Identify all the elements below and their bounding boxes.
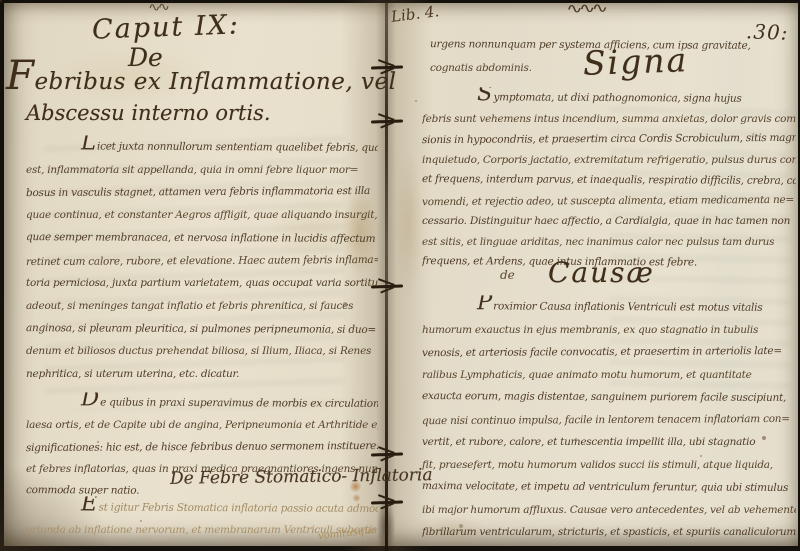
signa-heading: Signa bbox=[582, 40, 689, 83]
manuscript-line: quae continua, et constanter Aegros affl… bbox=[26, 204, 378, 227]
manuscript-line: denum et biliosos ductus prehendat bilio… bbox=[26, 340, 378, 363]
manuscript-line: humorum exauctus in ejus membranis, ex q… bbox=[422, 319, 796, 342]
page-number: .30: bbox=[746, 19, 789, 44]
manuscript-line: laesa ortis, et de Capite ubi de angina,… bbox=[26, 415, 378, 437]
section-heading-de-febre: De Febre Stomatico- Inflatoria bbox=[170, 465, 433, 489]
manuscript-line: maxima velocitate, et impetu ad ventricu… bbox=[422, 475, 796, 499]
manuscript-line: adeout, si meninges tangat inflatio et f… bbox=[26, 295, 378, 318]
manuscript-line: toria perniciosa, juxta partium varietat… bbox=[26, 272, 378, 295]
manuscript-line: bosus in vasculis stagnet, attamen vera … bbox=[26, 180, 378, 205]
manuscript-line: vertit, et rubore, calore, et tumescenti… bbox=[422, 431, 796, 454]
manuscript-line: anginosa, si pleuram pleuritica, si pulm… bbox=[26, 317, 378, 342]
causae-heading: Causæ bbox=[548, 256, 655, 289]
manuscript-line: vomendi, et rejectio adeo, ut suscepta a… bbox=[422, 189, 796, 212]
ink-specks bbox=[0, 0, 2, 2]
pen-flourish-icon: ∿∿∿ bbox=[566, 0, 605, 17]
chapter-title: Caput IX: bbox=[92, 9, 241, 45]
chapter-title-line2: Abscessu interno ortis. bbox=[26, 101, 271, 125]
manuscript-line: Licet juxta nonnullorum sententiam quael… bbox=[26, 135, 378, 160]
manuscript-line: Est igitur Febris Stomatica inflatoria p… bbox=[26, 496, 378, 520]
manuscript-line: venosis, et arteriosis facile convocatis… bbox=[422, 340, 796, 365]
manuscript-line: sionis in hypocondriis, et praesertim ci… bbox=[422, 128, 796, 151]
manuscript-line: fibrillarum ventricularum, stricturis, e… bbox=[422, 521, 796, 544]
manuscript-line: exaucta eorum, magis distentae, sanguine… bbox=[422, 385, 796, 409]
manuscript-line: nephritica, si uterum uterina, etc. dica… bbox=[26, 363, 378, 386]
manuscript-line: febris sunt vehemens intus incendium, su… bbox=[422, 109, 796, 130]
manuscript-line: De quibus in praxi superavimus de morbis… bbox=[26, 392, 378, 416]
manuscript-line: ibi major humorum affluxus. Causae vero … bbox=[422, 499, 796, 522]
manuscript-photo: ∿∿ Caput IX: De Febribus ex Inflammation… bbox=[0, 0, 800, 551]
manuscript-line: retinet cum calore, rubore, et elevation… bbox=[26, 248, 378, 273]
manuscript-line: ralibus Lymphaticis, quae animato motu h… bbox=[422, 364, 796, 387]
manuscript-line: Proximior Causa inflationis Ventriculi e… bbox=[422, 295, 796, 319]
manuscript-line: Symptomata, ut dixi pathognomonica, sign… bbox=[422, 87, 796, 109]
causae-prefix-note: de bbox=[500, 268, 515, 282]
manuscript-line: cessario. Distinguitur haec affectio, a … bbox=[422, 211, 796, 232]
signa-paragraph: Symptomata, ut dixi pathognomonica, sign… bbox=[422, 88, 796, 273]
causae-paragraph: Proximior Causa inflationis Ventriculi e… bbox=[422, 296, 796, 544]
left-paragraph-1: Licet juxta nonnullorum sententiam quael… bbox=[26, 136, 378, 386]
manuscript-line: est sitis, et linguae ariditas, nec inan… bbox=[422, 232, 796, 253]
manuscript-line: quae nisi continuo impulsa, facile in le… bbox=[422, 407, 796, 432]
manuscript-line: quae semper membranacea, et nervosa infl… bbox=[26, 226, 378, 251]
manuscript-line: fit, praesefert, motu humorum validos su… bbox=[422, 454, 796, 477]
manuscript-line: et frequens, interdum parvus, et inaequa… bbox=[422, 169, 796, 191]
manuscript-line: est, inflammatoria sit appellanda, quia … bbox=[26, 159, 378, 182]
manuscript-line: inquietudo, Corporis jactatio, extremita… bbox=[422, 150, 796, 171]
chapter-title-line1: Febribus ex Inflammatione, vel bbox=[6, 68, 396, 95]
manuscript-line: significationes: hic est, de hisce febri… bbox=[26, 436, 378, 460]
